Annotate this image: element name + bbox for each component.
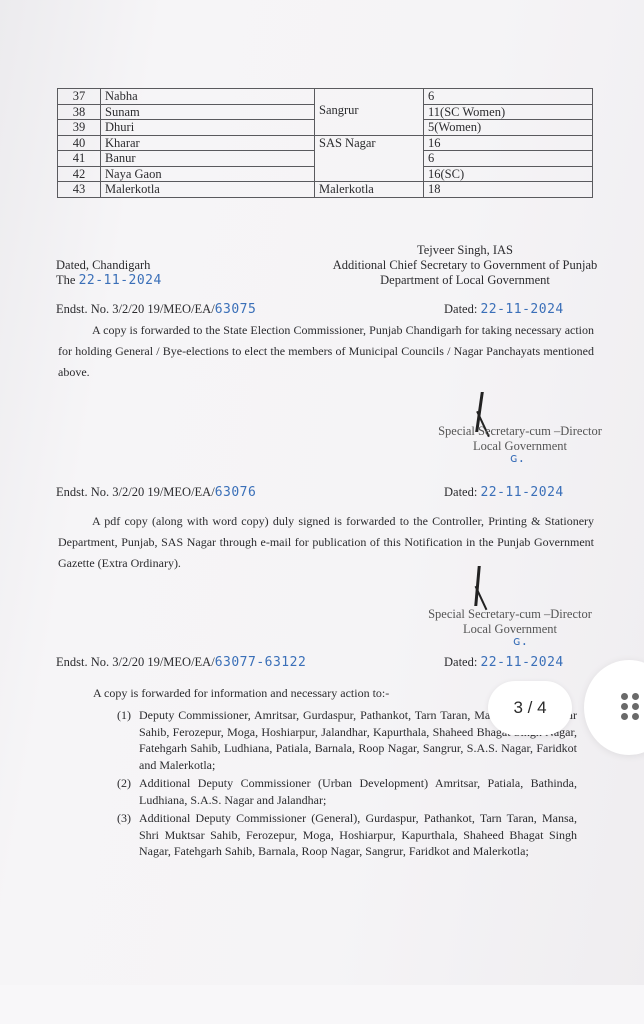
municipality-cell: Banur bbox=[101, 151, 315, 167]
sign-dept: Local Government bbox=[390, 622, 630, 637]
municipality-cell: Kharar bbox=[101, 135, 315, 151]
page-indicator[interactable]: 3 / 4 bbox=[488, 681, 572, 735]
serial-cell: 38 bbox=[58, 104, 101, 120]
wards-cell: 16 bbox=[424, 135, 593, 151]
district-cell: Malerkotla bbox=[315, 182, 424, 198]
list-text: Additional Deputy Commissioner (Urban De… bbox=[139, 776, 577, 807]
handwritten-endorsement-number: 63077-63122 bbox=[215, 655, 307, 670]
dated-label: Dated: bbox=[444, 302, 477, 316]
list-text: Additional Deputy Commissioner (General)… bbox=[139, 811, 577, 858]
serial-cell: 43 bbox=[58, 182, 101, 198]
municipality-cell: Sunam bbox=[101, 104, 315, 120]
the-label: The bbox=[56, 273, 75, 287]
list-item: (2)Additional Deputy Commissioner (Urban… bbox=[117, 775, 577, 808]
handwritten-endorsement-number: 63076 bbox=[215, 485, 257, 500]
distribution-intro: A copy is forwarded for information and … bbox=[93, 686, 389, 701]
handwritten-date: 22-11-2024 bbox=[480, 655, 563, 670]
endorsement-number: Endst. No. 3/2/20 19/MEO/EA/63077-63122 bbox=[56, 655, 306, 670]
endorsement-number: Endst. No. 3/2/20 19/MEO/EA/63076 bbox=[56, 485, 256, 500]
endorsement-date: Dated: 22-11-2024 bbox=[444, 655, 564, 670]
municipality-cell: Malerkotla bbox=[101, 182, 315, 198]
grid-dots-icon[interactable] bbox=[621, 693, 643, 719]
municipality-cell: Dhuri bbox=[101, 120, 315, 136]
serial-cell: 37 bbox=[58, 89, 101, 105]
list-number: (2) bbox=[117, 775, 131, 792]
list-number: (3) bbox=[117, 810, 131, 827]
district-cell: Sangrur bbox=[315, 89, 424, 136]
wards-cell: 6 bbox=[424, 151, 593, 167]
municipality-cell: Naya Gaon bbox=[101, 166, 315, 182]
endorsement-date: Dated: 22-11-2024 bbox=[444, 302, 564, 317]
handwritten-date: 22-11-2024 bbox=[480, 302, 563, 317]
signatory-title: Additional Chief Secretary to Government… bbox=[300, 258, 630, 273]
serial-cell: 41 bbox=[58, 151, 101, 167]
handwritten-initial: ɢ. bbox=[513, 634, 528, 648]
paragraph-lead: A copy is forwarded to the State Electio… bbox=[92, 323, 562, 337]
serial-cell: 40 bbox=[58, 135, 101, 151]
list-number: (1) bbox=[117, 707, 131, 724]
endorsement-date: Dated: 22-11-2024 bbox=[444, 485, 564, 500]
serial-cell: 39 bbox=[58, 120, 101, 136]
paragraph-lead: A pdf copy (along with word copy) duly s… bbox=[92, 514, 540, 528]
wards-cell: 5(Women) bbox=[424, 120, 593, 136]
district-cell: SAS Nagar bbox=[315, 135, 424, 182]
dated-place: Dated, Chandigarh bbox=[56, 258, 150, 273]
dated-label: Dated: bbox=[444, 485, 477, 499]
signatory-name: Tejveer Singh, IAS bbox=[300, 243, 630, 258]
wards-cell: 11(SC Women) bbox=[424, 104, 593, 120]
list-item: (3)Additional Deputy Commissioner (Gener… bbox=[117, 810, 577, 860]
signatory-dept: Department of Local Government bbox=[300, 273, 630, 288]
district-label: Sangrur bbox=[319, 103, 419, 118]
dated-line: The 22-11-2024 bbox=[56, 273, 162, 288]
endorsement-prefix: Endst. No. 3/2/20 19/MEO/EA/ bbox=[56, 655, 215, 669]
endorsement-number: Endst. No. 3/2/20 19/MEO/EA/63075 bbox=[56, 302, 256, 317]
endorsement-prefix: Endst. No. 3/2/20 19/MEO/EA/ bbox=[56, 302, 215, 316]
municipal-wards-table: 37 Nabha Sangrur 6 38 Sunam 11(SC Women)… bbox=[57, 88, 593, 198]
wards-cell: 18 bbox=[424, 182, 593, 198]
handwritten-date: 22-11-2024 bbox=[480, 485, 563, 500]
dated-label: Dated: bbox=[444, 655, 477, 669]
handwritten-endorsement-number: 63075 bbox=[215, 302, 257, 317]
table-row: 37 Nabha Sangrur 6 bbox=[58, 89, 593, 105]
table-row: 40 Kharar SAS Nagar 16 bbox=[58, 135, 593, 151]
wards-cell: 16(SC) bbox=[424, 166, 593, 182]
municipality-cell: Nabha bbox=[101, 89, 315, 105]
sign-title: Special Secretary-cum –Director bbox=[400, 424, 640, 439]
table-row: 43 Malerkotla Malerkotla 18 bbox=[58, 182, 593, 198]
endorsement-paragraph: A pdf copy (along with word copy) duly s… bbox=[58, 511, 594, 574]
wards-cell: 6 bbox=[424, 89, 593, 105]
serial-cell: 42 bbox=[58, 166, 101, 182]
paper-fold bbox=[0, 985, 644, 1024]
handwritten-date: 22-11-2024 bbox=[79, 273, 162, 288]
sign-title: Special Secretary-cum –Director bbox=[390, 607, 630, 622]
endorsement-prefix: Endst. No. 3/2/20 19/MEO/EA/ bbox=[56, 485, 215, 499]
endorsement-paragraph: A copy is forwarded to the State Electio… bbox=[58, 320, 594, 383]
handwritten-initial: ɢ. bbox=[510, 451, 525, 465]
